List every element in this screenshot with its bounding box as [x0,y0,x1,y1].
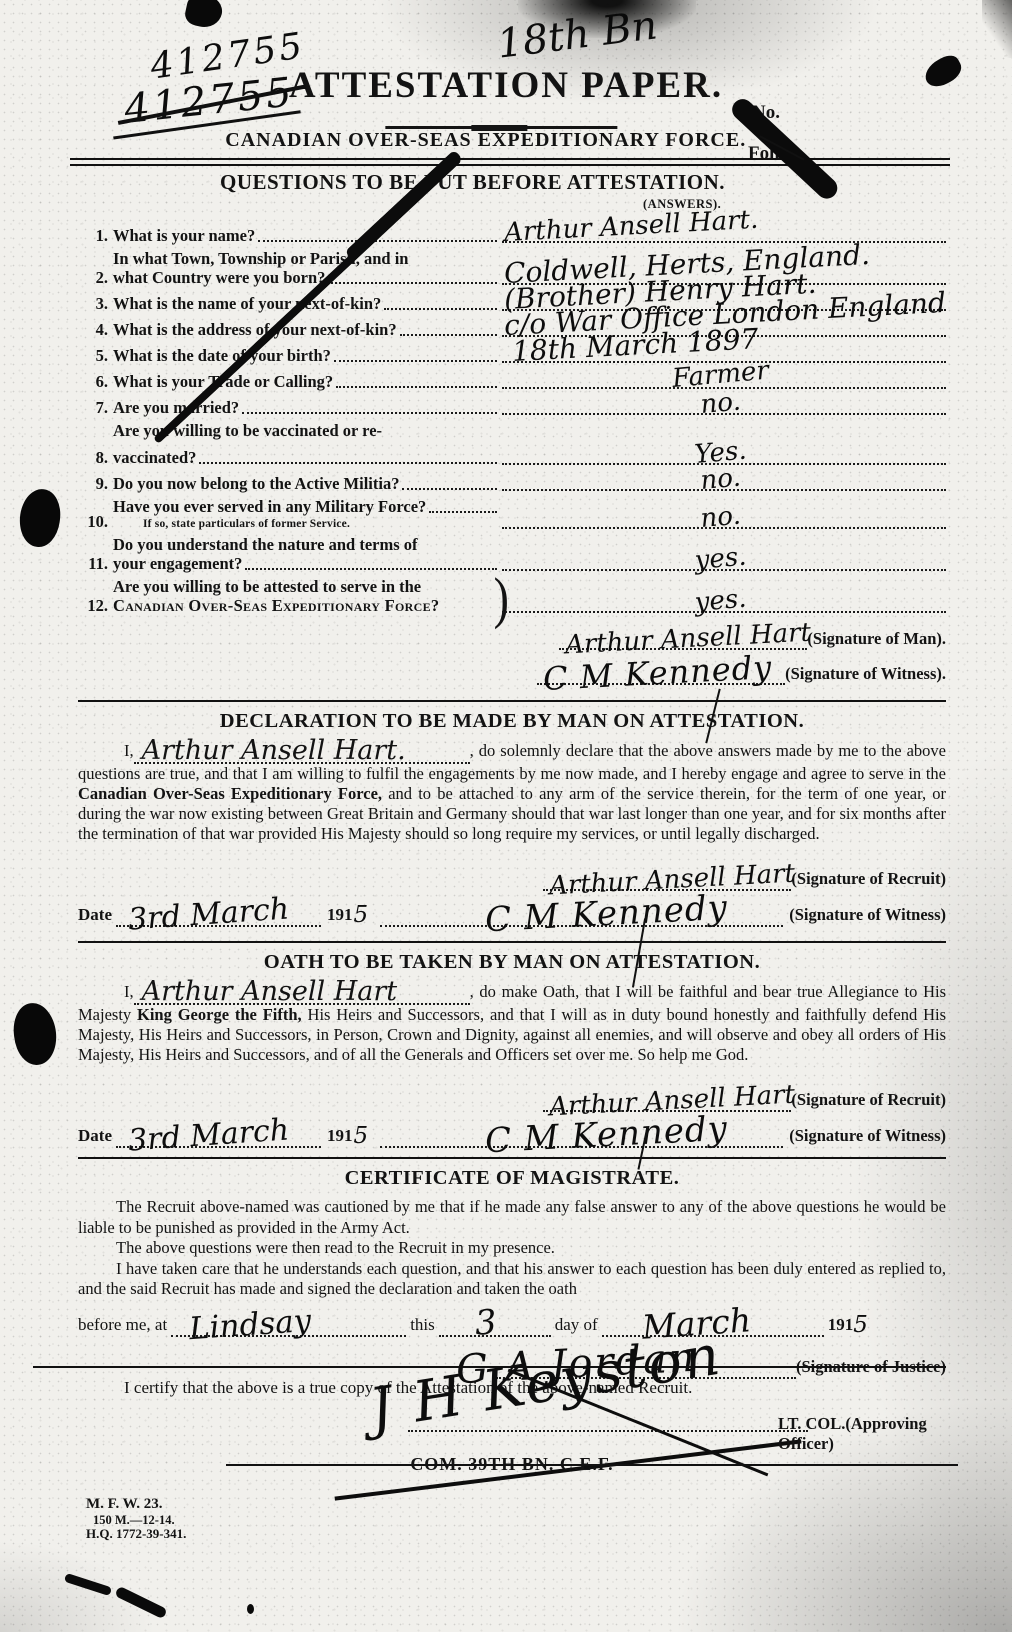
date-label: Date [78,1126,112,1148]
ink-smudge [518,0,696,38]
ink-smudge [114,1586,167,1620]
witness-signature-script: C M Kennedy [484,887,729,940]
question-text: Do you now belong to the Active Militia? [113,474,399,493]
handwritten-name: Arthur Ansell Hart [134,987,470,1005]
question-text: Do you understand the nature and terms o… [113,535,418,554]
question-number: 2. [78,268,113,287]
signature-of-witness-label: (Signature of Witness) [789,1128,946,1148]
day-field: 3 [439,1311,551,1337]
date-row: Date 3rd March 191 5 C M Kennedy (Signat… [78,1118,946,1148]
signature-line: Arthur Ansell Hart [543,863,791,891]
force-name-bold: Canadian Over-Seas Expeditionary Force, [78,784,382,803]
witness-signature-script: C M Kennedy [484,1108,729,1161]
answer-cell: no. [497,471,946,493]
officer-signature-line [408,1430,808,1432]
this-label: this [410,1315,435,1337]
dotted-leader [384,308,497,310]
dotted-leader [334,360,497,362]
punch-hole-mark [16,486,64,549]
year-prefix: 191 [321,1126,354,1148]
signature-of-witness-row: C M Kennedy (Signature of Witness). [78,655,946,685]
question-row: 12. Are you willing to be attested to se… [78,577,946,615]
question-row: 10. Have you ever served in any Military… [78,497,946,531]
section-rule [78,941,946,943]
question-row: 11. Do you understand the nature and ter… [78,535,946,573]
dotted-leader [328,282,497,284]
question-text: what Country were you born? [113,268,325,287]
signature-of-recruit-label: (Signature of Recruit) [791,1092,946,1112]
form-number-block: M. F. W. 23. 150 M.—12-14. H.Q. 1772-39-… [86,1496,186,1541]
question-row: 5. What is the date of your birth? 18th … [78,343,946,365]
question-note: If so, state particulars of former Servi… [143,517,497,531]
form-number: M. F. W. 23. [86,1496,186,1513]
magistrate-heading: CERTIFICATE OF MAGISTRATE. [78,1167,946,1190]
place-field: Lindsay [171,1311,406,1337]
handwritten-day: 3 [473,1302,497,1343]
dotted-leader [199,462,497,464]
ink-blot [183,0,225,30]
date-field: 3rd March [116,899,321,927]
question-number: 6. [78,372,113,391]
year-prefix: 191 [828,1315,854,1337]
before-me-label: before me, at [78,1315,167,1337]
signature-of-recruit-row: Arthur Ansell Hart (Signature of Recruit… [78,1082,946,1112]
declaration-heading: DECLARATION TO BE MADE BY MAN ON ATTESTA… [78,710,946,733]
signature-of-witness-label: (Signature of Witness). [785,666,946,686]
lead-in: I, [124,982,134,1001]
question-row: 7. Are you married? no. [78,395,946,417]
signature-of-recruit-label: (Signature of Recruit) [791,871,946,891]
question-number: 11. [78,554,113,573]
ink-speck [247,1604,254,1614]
declaration-paragraph: I,Arthur Ansell Hart., do solemnly decla… [78,741,946,844]
magistrate-paragraph: I have taken care that he understands ea… [78,1259,946,1300]
question-text: Canadian Over-Seas Expeditionary Force? [113,596,439,615]
signature-line: C M Kennedy [537,657,785,685]
question-row: 9. Do you now belong to the Active Milit… [78,471,946,493]
signature-of-witness-label: (Signature of Witness) [789,907,946,927]
print-run: 150 M.—12-14. [93,1513,186,1527]
oath-paragraph: I,Arthur Ansell Hart, do make Oath, that… [78,982,946,1065]
date-row: Date 3rd March 191 5 C M Kennedy (Signat… [78,897,946,927]
question-number: 7. [78,398,113,417]
answer-cell: Arthur Ansell Hart. [497,223,946,245]
question-text: your engagement? [113,554,242,573]
question-number: 8. [78,448,113,467]
attestation-place-date-row: before me, at Lindsay this 3 day of Marc… [78,1305,946,1337]
handwritten-year-digit: 5 [353,902,368,928]
signature-line: Arthur Ansell Hart [559,622,807,650]
unit-line: COM. 39TH BN. C.E.F. [78,1454,946,1475]
date-field: 3rd March [116,1120,321,1148]
handwritten-answer: no. [699,387,742,420]
question-text: What is your name? [113,226,255,245]
oath-heading: OATH TO BE TAKEN BY MAN ON ATTESTATION. [78,951,946,974]
handwritten-name: Arthur Ansell Hart. [134,746,470,764]
handwritten-date: 3rd March [127,1112,290,1158]
dotted-leader [336,386,497,388]
date-label: Date [78,905,112,927]
answer-cell: yes. [497,551,946,573]
certification-section: I certify that the above is a true copy … [78,1366,946,1506]
handwritten-year-digit: 5 [853,1312,868,1338]
question-text: What is the name of your next-of-kin? [113,294,381,313]
signature-of-recruit-row: Arthur Ansell Hart (Signature of Recruit… [78,861,946,891]
question-number: 3. [78,294,113,313]
lead-in: I, [124,741,134,760]
approving-officer-label: LT. COL.(Approving Officer) [778,1414,946,1454]
oath-section: OATH TO BE TAKEN BY MAN ON ATTESTATION. … [78,941,946,1148]
question-text: Have you ever served in any Military For… [113,497,426,516]
signature-of-man-row: Arthur Ansell Hart (Signature of Man). [78,620,946,650]
signature-line: Arthur Ansell Hart [543,1084,791,1112]
question-text: What is the address of your next-of-kin? [113,320,397,339]
question-number: 9. [78,474,113,493]
punch-hole-mark [11,1001,59,1067]
magistrate-section: CERTIFICATE OF MAGISTRATE. The Recruit a… [78,1157,946,1379]
dotted-leader [429,511,497,513]
witness-signature-field: C M Kennedy [380,899,783,927]
question-text: What is the date of your birth? [113,346,331,365]
dotted-leader [402,488,497,490]
answer-cell: no. [497,395,946,417]
attestation-paper-scan: ATTESTATION PAPER. CANADIAN OVER-SEAS EX… [0,0,1012,1632]
question-number: 10. [78,512,113,531]
question-text: Are you married? [113,398,239,417]
question-number: 12. [78,596,113,615]
dotted-leader [400,334,497,336]
questions-section: 1. What is your name? Arthur Ansell Hart… [78,223,946,685]
question-row: 8. Are you willing to be vaccinated or r… [78,421,946,467]
section-rule [78,700,946,702]
dotted-leader [258,240,497,242]
hq-reference: H.Q. 1772-39-341. [86,1527,186,1542]
magistrate-paragraph: The Recruit above-named was cautioned by… [78,1197,946,1238]
magistrate-paragraph: The above questions were then read to th… [78,1238,946,1259]
handwritten-answer: yes. [693,542,747,576]
handwritten-answer: no. [699,501,742,534]
question-text: Are you willing to be attested to serve … [113,577,421,596]
handwritten-date: 3rd March [127,891,290,937]
section-rule [78,1157,946,1159]
handwritten-answer: yes. [693,584,747,618]
day-of-label: day of [555,1315,598,1337]
answer-cell: yes. [497,593,946,615]
answer-cell: no. [497,509,946,531]
scan-corner-shadow [982,0,1012,58]
witness-signature-field: C M Kennedy [380,1120,783,1148]
year-prefix: 191 [321,905,354,927]
dotted-leader [242,412,497,414]
signature-of-man-label: (Signature of Man). [807,631,946,651]
handwritten-answer: no. [699,463,742,496]
handwritten-year-digit: 5 [353,1123,368,1149]
king-name-bold: King George the Fifth, [137,1005,302,1024]
question-text: vaccinated? [113,448,196,467]
dotted-leader [245,568,497,570]
question-number: 1. [78,226,113,245]
question-number: 5. [78,346,113,365]
ink-smudge [64,1573,112,1596]
question-number: 4. [78,320,113,339]
declaration-section: DECLARATION TO BE MADE BY MAN ON ATTESTA… [78,700,946,927]
